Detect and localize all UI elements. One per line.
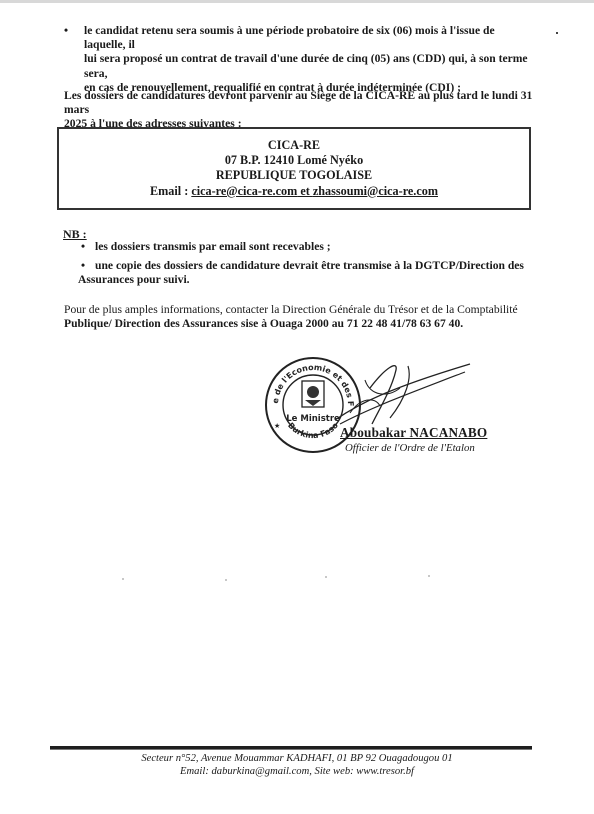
address-org: CICA-RE: [59, 138, 529, 153]
bullet-icon: •: [81, 240, 85, 254]
svg-text:★: ★: [274, 422, 280, 430]
info-paragraph: Pour de plus amples informations, contac…: [64, 303, 536, 331]
stamp-center-text: Le Ministre: [286, 414, 340, 424]
footer: Secteur n°52, Avenue Mouammar KADHAFI, 0…: [0, 752, 594, 779]
footer-address: Secteur n°52, Avenue Mouammar KADHAFI, 0…: [0, 752, 594, 765]
email-link-2[interactable]: zhassoumi@cica-re.com: [313, 184, 438, 198]
footer-rule: [50, 746, 532, 750]
bullet-line: lui sera proposé un contrat de travail d…: [84, 52, 534, 80]
scan-speck: [225, 579, 227, 581]
deadline-paragraph: Les dossiers de candidatures devront par…: [64, 89, 534, 132]
bullet-line: le candidat retenu sera soumis à une pér…: [84, 24, 534, 52]
info-line: Publique/ Direction des Assurances sise …: [64, 317, 536, 331]
footer-contact: Email: daburkina@gmail.com, Site web: ww…: [0, 765, 594, 778]
signer-name: Aboubakar NACANABO: [340, 425, 487, 441]
scan-speck: [556, 32, 558, 34]
bullet-icon: •: [64, 24, 68, 38]
scan-speck: [122, 578, 124, 580]
nb-list: • les dossiers transmis par email sont r…: [91, 240, 536, 293]
scan-speck: [428, 575, 430, 577]
scan-edge: [0, 0, 594, 3]
address-postal: 07 B.P. 12410 Lomé Nyéko: [59, 153, 529, 168]
address-country: REPUBLIQUE TOGOLAISE: [59, 168, 529, 183]
list-item: • les dossiers transmis par email sont r…: [91, 240, 536, 254]
email-label: Email :: [150, 184, 191, 198]
probation-bullet: • le candidat retenu sera soumis à une p…: [84, 24, 534, 95]
nb-item-text: les dossiers transmis par email sont rec…: [95, 240, 536, 254]
address-box: CICA-RE 07 B.P. 12410 Lomé Nyéko REPUBLI…: [57, 127, 531, 210]
info-line: Pour de plus amples informations, contac…: [64, 303, 536, 317]
list-item: • une copie des dossiers de candidature …: [91, 259, 536, 287]
deadline-line: Les dossiers de candidatures devront par…: [64, 89, 534, 117]
address-email-line: Email : cica-re@cica-re.com et zhassoumi…: [59, 184, 529, 199]
bullet-icon: •: [81, 259, 85, 273]
signer-title: Officier de l'Ordre de l'Etalon: [345, 442, 475, 454]
nb-item-text: une copie des dossiers de candidature de…: [95, 259, 536, 273]
scan-speck: [325, 576, 327, 578]
email-link-1[interactable]: cica-re@cica-re.com: [191, 184, 297, 198]
nb-item-continuation: Assurances pour suivi.: [78, 273, 536, 287]
email-separator: et: [297, 184, 313, 198]
